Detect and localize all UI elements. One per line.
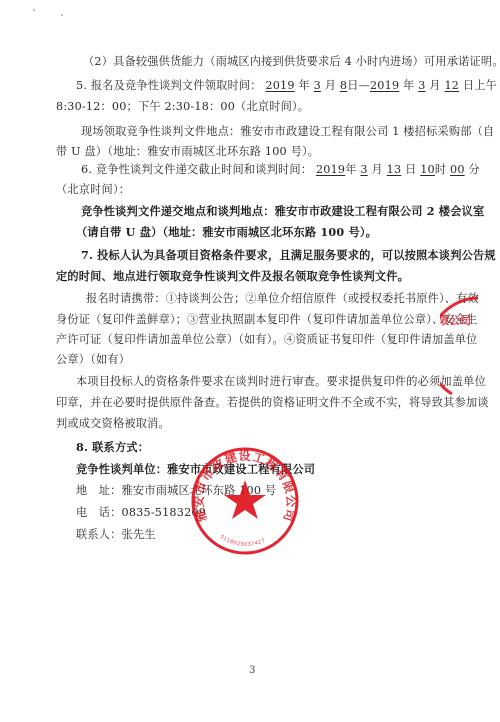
deadline-day: 13 (387, 163, 402, 176)
deadline-year: 2019 (316, 163, 345, 176)
hour-unit: 时 (435, 163, 446, 176)
year-unit: 年 (298, 79, 309, 92)
deadline-hour: 10 (420, 163, 435, 176)
day-unit: 日 (405, 163, 416, 176)
day-unit: 日上午 (463, 79, 497, 92)
paragraph-supply-capability: （2）具备较强供货能力（雨城区内接到供货要求后 4 小时内进场）可用承诺证明。 (83, 55, 500, 69)
contact-person: 联系人：张先生 (76, 528, 156, 542)
end-year: 2019 (370, 79, 399, 92)
paragraph-required-documents: 报名时请携带：①持谈判公告；②单位介绍信原件（或授权委托书原件）、有效 (86, 292, 479, 306)
registration-time-label: 5. 报名及竞争性谈判文件领取时间： (76, 79, 262, 92)
pickup-address: 带 U 盘）（地址：雅安市雨城区北环东路 100 号）。 (56, 145, 319, 159)
year-unit: 年 (403, 79, 414, 92)
registration-hours: 8:30-12：00；下午 2:30-18：00（北京时间）。 (56, 100, 309, 114)
deadline-timezone: （北京时间）： (56, 183, 130, 197)
document-page: （2）具备较强供货能力（雨城区内接到供货要求后 4 小时内进场）可用承诺证明。 … (0, 0, 500, 722)
end-month: 3 (418, 79, 425, 92)
contact-unit: 竞争性谈判单位：雅安市市政建设工程有限公司 (76, 462, 315, 476)
required-documents-line3: 产许可证（复印件请加盖单位公章）（如有）。④资质证书复印件（复印件请加盖单位 (56, 333, 478, 347)
month-unit: 月 (372, 163, 383, 176)
page-number: 3 (249, 665, 255, 676)
month-unit: 月 (325, 79, 336, 92)
day-unit: 日— (347, 79, 370, 92)
contact-unit-label: 竞争性谈判单位： (76, 462, 167, 476)
scan-speck (33, 9, 35, 11)
contact-heading: 8. 联系方式： (76, 440, 149, 454)
paragraph-submission-location: 竞争性谈判文件递交地点和谈判地点：雅安市市政建设工程有限公司 2 楼会议室 (81, 204, 484, 218)
end-day: 12 (444, 79, 459, 92)
paragraph-pickup-location: 现场领取竞争性谈判文件地点：雅安市市政建设工程有限公司 1 楼招标采购部（自 (81, 125, 494, 139)
paragraph-deadline: 6. 竞争性谈判文件递交截止时间和谈判时间： 2019年 3 月 13 日 10… (81, 163, 480, 177)
svg-text:5118025037427: 5118025037427 (219, 534, 266, 548)
year-unit: 年 (345, 163, 356, 176)
deadline-label: 6. 竞争性谈判文件递交截止时间和谈判时间： (81, 163, 312, 176)
contact-address: 地 址：雅安市雨城区北环东路 100 号 (76, 484, 276, 498)
deadline-minute: 00 (450, 163, 465, 176)
contact-phone: 电 话：0835-5183209 (76, 506, 206, 520)
start-month: 3 (314, 79, 321, 92)
paragraph-registration-time: 5. 报名及竞争性谈判文件领取时间： 2019 年 3 月 8日—2019 年 … (76, 79, 497, 93)
required-documents-line2: 身份证（复印件盖鲜章）；③营业执照副本复印件（复印件请加盖单位公章）、安全生 (56, 313, 478, 327)
paragraph-bidder-eligibility: 7. 投标人认为具备项目资格条件要求，且满足服务要求的，可以按照本谈判公告规 (81, 248, 496, 262)
minute-unit: 分 (468, 163, 479, 176)
paragraph-qualification-review: 本项目投标人的资格条件要求在谈判时进行审查。要求提供复印件的必须加盖单位 (76, 375, 486, 389)
qualification-review-line2: 印章，并在必要时提供原件备查。若提供的资格证明文件不全或不实，将导致其参加谈 (56, 396, 489, 410)
scan-speck (61, 14, 63, 16)
contact-unit-value: 雅安市市政建设工程有限公司 (167, 462, 315, 476)
qualification-review-line3: 判或成交资格被取消。 (56, 417, 170, 431)
deadline-month: 3 (360, 163, 367, 176)
start-year: 2019 (265, 79, 294, 92)
required-documents-line4: 公章）（如有） (56, 353, 130, 367)
submission-address: （请自带 U 盘）（地址：雅安市雨城区北环东路 100 号）。 (76, 225, 377, 239)
bidder-eligibility-cont: 定的时间、地点进行领取竞争性谈判文件及报名领取竞争性谈判文件。 (56, 269, 409, 283)
month-unit: 月 (429, 79, 440, 92)
